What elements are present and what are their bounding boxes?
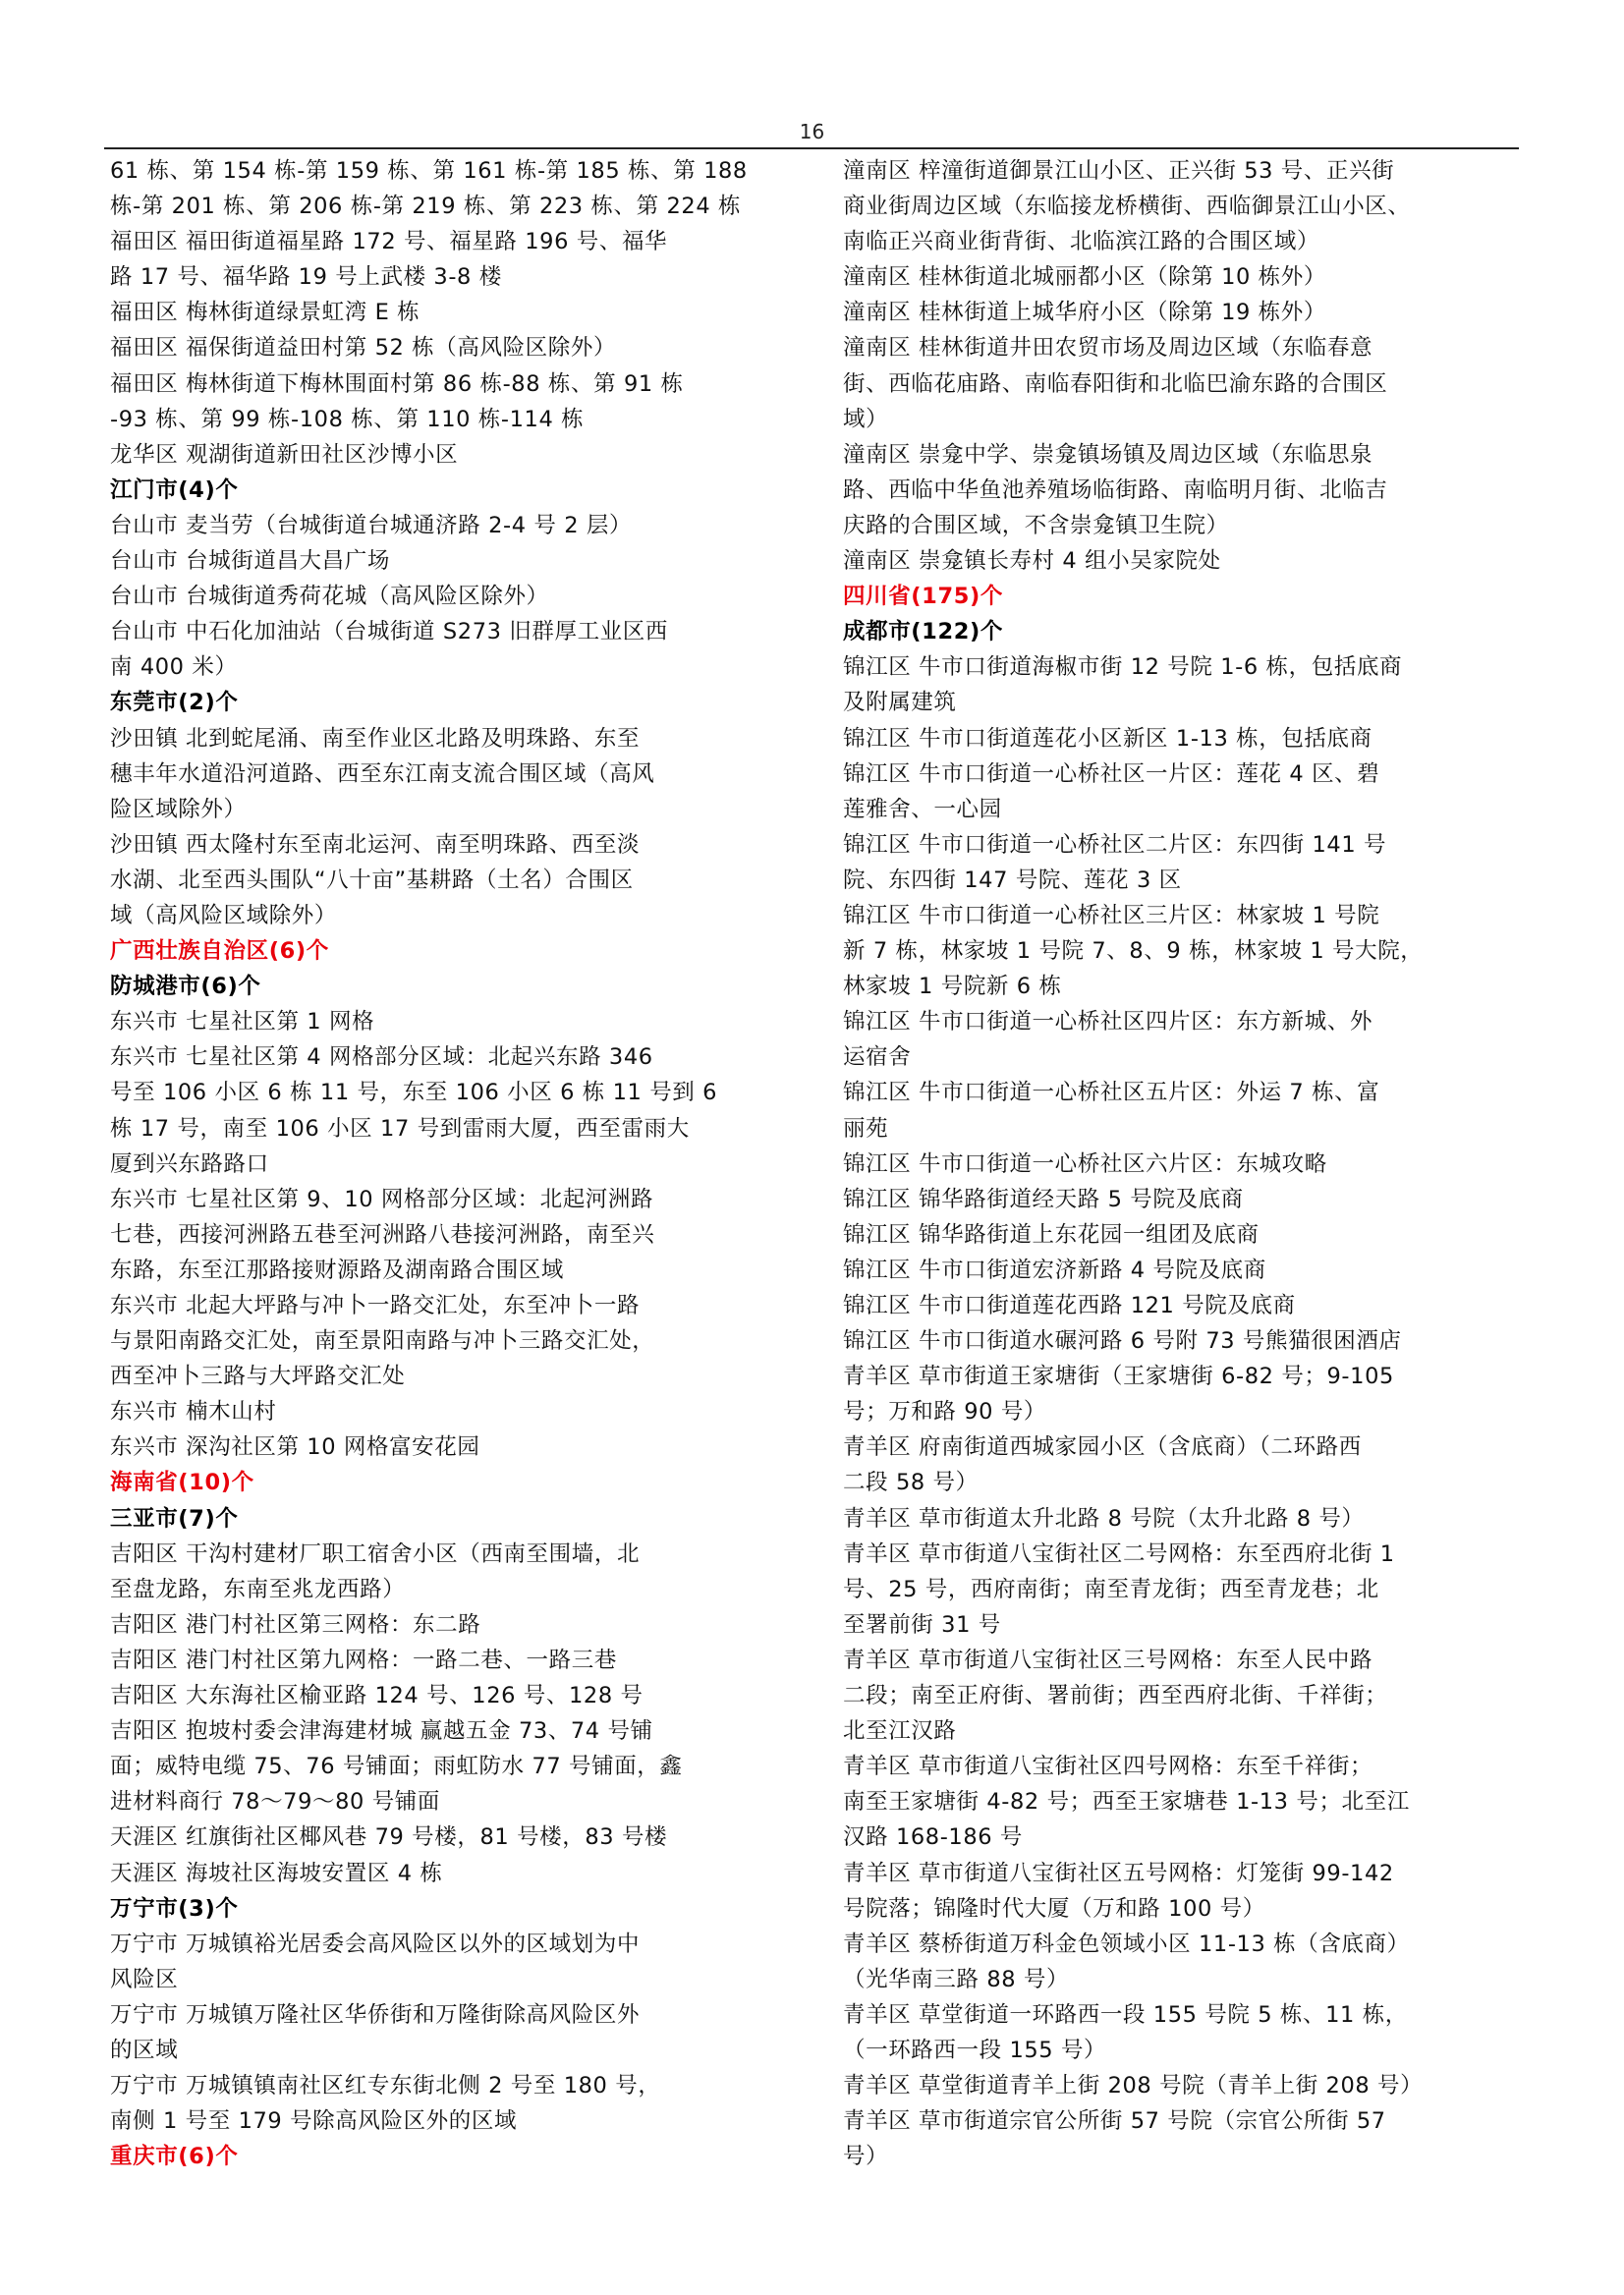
- city-heading: 防城港市(6)个: [110, 969, 798, 1004]
- text-line: 水湖、北至西头围队“八十亩”基耕路（土名）合围区: [110, 863, 798, 898]
- list-item: 青羊区 草堂街道青羊上街 208 号院（青羊上街 208 号）: [843, 2068, 1531, 2103]
- text-line: 台山市 台城街道秀荷花城（高风险区除外）: [110, 579, 798, 614]
- text-line: 青羊区 草市街道太升北路 8 号院（太升北路 8 号）: [843, 1501, 1531, 1537]
- text-line: 潼南区 崇龛镇长寿村 4 组小吴家院处: [843, 543, 1531, 579]
- text-line: 西至冲卜三路与大坪路交汇处: [110, 1359, 798, 1394]
- text-line: 进材料商行 78～79～80 号铺面: [110, 1784, 798, 1819]
- text-line: 及附属建筑: [843, 685, 1531, 720]
- text-line: 院、东四街 147 号院、莲花 3 区: [843, 863, 1531, 898]
- list-item: 锦江区 牛市口街道一心桥社区二片区：东四街 141 号院、东四街 147 号院、…: [843, 827, 1531, 898]
- text-line: 域）: [843, 402, 1531, 437]
- text-line: 青羊区 草市街道八宝街社区三号网格：东至人民中路: [843, 1643, 1531, 1678]
- list-item: 吉阳区 大东海社区榆亚路 124 号、126 号、128 号: [110, 1678, 798, 1713]
- text-line: 吉阳区 港门村社区第九网格：一路二巷、一路三巷: [110, 1643, 798, 1678]
- text-line: 吉阳区 港门村社区第三网格：东二路: [110, 1607, 798, 1643]
- text-line: 七巷，西接河洲路五巷至河洲路八巷接河洲路，南至兴: [110, 1217, 798, 1253]
- list-item: 东兴市 七星社区第 1 网格: [110, 1004, 798, 1039]
- left-column: 61 栋、第 154 栋-第 159 栋、第 161 栋-第 185 栋、第 1…: [110, 153, 798, 2174]
- text-line: 福田区 福田街道福星路 172 号、福星路 196 号、福华: [110, 224, 798, 259]
- province-heading: 四川省(175)个: [843, 579, 1531, 614]
- text-line: 莲雅舍、一心园: [843, 792, 1531, 827]
- text-line: 青羊区 草堂街道一环路西一段 155 号院 5 栋、11 栋，: [843, 1997, 1531, 2033]
- list-item: 台山市 麦当劳（台城街道台城通济路 2-4 号 2 层）: [110, 508, 798, 543]
- text-line: 青羊区 草堂街道青羊上街 208 号院（青羊上街 208 号）: [843, 2068, 1531, 2103]
- text-line: 万宁市 万城镇镇南社区红专东街北侧 2 号至 180 号，: [110, 2068, 798, 2103]
- text-line: 东兴市 楠木山村: [110, 1394, 798, 1429]
- list-item: 锦江区 牛市口街道一心桥社区三片区：林家坡 1 号院新 7 栋，林家坡 1 号院…: [843, 898, 1531, 1004]
- list-item: 锦江区 牛市口街道水碾河路 6 号附 73 号熊猫很困酒店: [843, 1323, 1531, 1359]
- text-line: 东路，东至江那路接财源路及湖南路合围区域: [110, 1253, 798, 1288]
- list-item: 潼南区 崇龛中学、崇龛镇场镇及周边区域（东临思泉路、西临中华鱼池养殖场临街路、南…: [843, 437, 1531, 543]
- text-line: 东莞市(2)个: [110, 685, 798, 720]
- text-line: 面；威特电缆 75、76 号铺面；雨虹防水 77 号铺面，鑫: [110, 1749, 798, 1784]
- text-line: 东兴市 七星社区第 1 网格: [110, 1004, 798, 1039]
- text-line: 与景阳南路交汇处，南至景阳南路与冲卜三路交汇处，: [110, 1323, 798, 1359]
- text-line: 东兴市 深沟社区第 10 网格富安花园: [110, 1429, 798, 1465]
- text-line: 沙田镇 北到蛇尾涌、南至作业区北路及明珠路、东至: [110, 721, 798, 756]
- text-line: 锦江区 牛市口街道一心桥社区六片区：东城攻略: [843, 1147, 1531, 1182]
- text-line: 潼南区 崇龛中学、崇龛镇场镇及周边区域（东临思泉: [843, 437, 1531, 473]
- text-line: 沙田镇 西太隆村东至南北运河、南至明珠路、西至淡: [110, 827, 798, 863]
- text-line: 锦江区 牛市口街道一心桥社区四片区：东方新城、外: [843, 1004, 1531, 1039]
- text-line: 险区域除外）: [110, 792, 798, 827]
- text-line: 锦江区 牛市口街道海椒市街 12 号院 1-6 栋，包括底商: [843, 649, 1531, 685]
- list-item: 东兴市 深沟社区第 10 网格富安花园: [110, 1429, 798, 1465]
- list-item: 潼南区 桂林街道上城华府小区（除第 19 栋外）: [843, 295, 1531, 330]
- province-heading: 海南省(10)个: [110, 1465, 798, 1500]
- text-line: 防城港市(6)个: [110, 969, 798, 1004]
- text-line: （一环路西一段 155 号）: [843, 2033, 1531, 2068]
- city-heading: 三亚市(7)个: [110, 1501, 798, 1537]
- text-line: 万宁市(3)个: [110, 1891, 798, 1927]
- list-item: 福田区 福田街道福星路 172 号、福星路 196 号、福华路 17 号、福华路…: [110, 224, 798, 295]
- list-item: 锦江区 牛市口街道一心桥社区五片区：外运 7 栋、富丽苑: [843, 1075, 1531, 1146]
- text-line: 栋-第 201 栋、第 206 栋-第 219 栋、第 223 栋、第 224 …: [110, 189, 798, 224]
- text-line: 台山市 麦当劳（台城街道台城通济路 2-4 号 2 层）: [110, 508, 798, 543]
- list-item: 锦江区 牛市口街道宏济新路 4 号院及底商: [843, 1253, 1531, 1288]
- list-item: 青羊区 草市街道太升北路 8 号院（太升北路 8 号）: [843, 1501, 1531, 1537]
- text-line: 海南省(10)个: [110, 1465, 798, 1500]
- text-line: 吉阳区 干沟村建材厂职工宿舍小区（西南至围墙，北: [110, 1537, 798, 1572]
- text-line: 重庆市(6)个: [110, 2139, 798, 2174]
- text-line: 天涯区 海坡社区海坡安置区 4 栋: [110, 1856, 798, 1891]
- header-rule: [104, 147, 1519, 149]
- text-line: 潼南区 桂林街道上城华府小区（除第 19 栋外）: [843, 295, 1531, 330]
- city-heading: 江门市(4)个: [110, 473, 798, 508]
- text-line: 福田区 梅林街道绿景虹湾 E 栋: [110, 295, 798, 330]
- text-line: 南 400 米）: [110, 649, 798, 685]
- text-line: 四川省(175)个: [843, 579, 1531, 614]
- list-item: 青羊区 草市街道八宝街社区二号网格：东至西府北街 1号、25 号，西府南街；南至…: [843, 1537, 1531, 1643]
- text-line: 的区域: [110, 2033, 798, 2068]
- right-column: 潼南区 梓潼街道御景江山小区、正兴街 53 号、正兴街商业街周边区域（东临接龙桥…: [843, 153, 1531, 2174]
- list-item: 锦江区 牛市口街道一心桥社区一片区：莲花 4 区、碧莲雅舍、一心园: [843, 756, 1531, 827]
- city-heading: 万宁市(3)个: [110, 1891, 798, 1927]
- list-item: 吉阳区 干沟村建材厂职工宿舍小区（西南至围墙，北至盘龙路，东南至兆龙西路）: [110, 1537, 798, 1607]
- text-line: 林家坡 1 号院新 6 栋: [843, 969, 1531, 1004]
- province-heading: 广西壮族自治区(6)个: [110, 933, 798, 969]
- text-line: 北至江汉路: [843, 1713, 1531, 1749]
- text-line: 61 栋、第 154 栋-第 159 栋、第 161 栋-第 185 栋、第 1…: [110, 153, 798, 189]
- list-item: 台山市 台城街道秀荷花城（高风险区除外）: [110, 579, 798, 614]
- list-item: 天涯区 海坡社区海坡安置区 4 栋: [110, 1856, 798, 1891]
- text-line: 潼南区 桂林街道井田农贸市场及周边区域（东临春意: [843, 330, 1531, 365]
- text-line: 成都市(122)个: [843, 614, 1531, 649]
- text-line: 风险区: [110, 1962, 798, 1997]
- list-item: 天涯区 红旗街社区椰风巷 79 号楼，81 号楼，83 号楼: [110, 1819, 798, 1855]
- text-line: 二段 58 号）: [843, 1465, 1531, 1500]
- list-item: 青羊区 草市街道王家塘街（王家塘街 6-82 号；9-105号；万和路 90 号…: [843, 1359, 1531, 1429]
- text-line: 龙华区 观湖街道新田社区沙博小区: [110, 437, 798, 473]
- list-item: 台山市 中石化加油站（台城街道 S273 旧群厚工业区西南 400 米）: [110, 614, 798, 685]
- text-line: （光华南三路 88 号）: [843, 1962, 1531, 1997]
- text-line: 吉阳区 大东海社区榆亚路 124 号、126 号、128 号: [110, 1678, 798, 1713]
- text-line: 东兴市 七星社区第 9、10 网格部分区域：北起河洲路: [110, 1182, 798, 1217]
- text-line: 路 17 号、福华路 19 号上武楼 3-8 楼: [110, 259, 798, 295]
- text-line: 锦江区 牛市口街道莲花西路 121 号院及底商: [843, 1288, 1531, 1323]
- text-line: 域（高风险区域除外）: [110, 898, 798, 933]
- text-line: 厦到兴东路路口: [110, 1147, 798, 1182]
- text-line: 青羊区 草市街道八宝街社区五号网格：灯笼街 99-142: [843, 1856, 1531, 1891]
- text-line: 庆路的合围区域，不含崇龛镇卫生院）: [843, 508, 1531, 543]
- text-line: 万宁市 万城镇万隆社区华侨街和万隆街除高风险区外: [110, 1997, 798, 2033]
- list-item: 潼南区 梓潼街道御景江山小区、正兴街 53 号、正兴街商业街周边区域（东临接龙桥…: [843, 153, 1531, 259]
- text-line: 汉路 168-186 号: [843, 1819, 1531, 1855]
- text-line: 台山市 中石化加油站（台城街道 S273 旧群厚工业区西: [110, 614, 798, 649]
- city-heading: 成都市(122)个: [843, 614, 1531, 649]
- text-line: 锦江区 牛市口街道一心桥社区一片区：莲花 4 区、碧: [843, 756, 1531, 792]
- text-line: 至署前街 31 号: [843, 1607, 1531, 1643]
- text-line: 广西壮族自治区(6)个: [110, 933, 798, 969]
- list-item: 锦江区 牛市口街道一心桥社区六片区：东城攻略: [843, 1147, 1531, 1182]
- text-line: 号）: [843, 2139, 1531, 2174]
- text-line: 吉阳区 抱坡村委会津海建材城 赢越五金 73、74 号铺: [110, 1713, 798, 1749]
- list-item: 东兴市 北起大坪路与冲卜一路交汇处，东至冲卜一路与景阳南路交汇处，南至景阳南路与…: [110, 1288, 798, 1394]
- text-line: 南侧 1 号至 179 号除高风险区外的区域: [110, 2103, 798, 2139]
- list-item: 青羊区 草堂街道一环路西一段 155 号院 5 栋、11 栋，（一环路西一段 1…: [843, 1997, 1531, 2068]
- text-line: 福田区 梅林街道下梅林围面村第 86 栋-88 栋、第 91 栋: [110, 366, 798, 402]
- page-number: 16: [0, 119, 1624, 144]
- list-item: 万宁市 万城镇万隆社区华侨街和万隆街除高风险区外的区域: [110, 1997, 798, 2068]
- text-line: 锦江区 锦华路街道上东花园一组团及底商: [843, 1217, 1531, 1253]
- text-line: 青羊区 草市街道宗官公所街 57 号院（宗官公所街 57: [843, 2103, 1531, 2139]
- list-item: 福田区 梅林街道下梅林围面村第 86 栋-88 栋、第 91 栋-93 栋、第 …: [110, 366, 798, 437]
- list-item: 青羊区 草市街道宗官公所街 57 号院（宗官公所街 57号）: [843, 2103, 1531, 2174]
- list-item: 青羊区 草市街道八宝街社区五号网格：灯笼街 99-142号院落；锦隆时代大厦（万…: [843, 1856, 1531, 1927]
- text-line: -93 栋、第 99 栋-108 栋、第 110 栋-114 栋: [110, 402, 798, 437]
- text-line: 东兴市 七星社区第 4 网格部分区域：北起兴东路 346: [110, 1039, 798, 1075]
- text-line: 至盘龙路，东南至兆龙西路）: [110, 1572, 798, 1607]
- list-item: 吉阳区 港门村社区第九网格：一路二巷、一路三巷: [110, 1643, 798, 1678]
- text-line: 锦江区 牛市口街道莲花小区新区 1-13 栋，包括底商: [843, 721, 1531, 756]
- text-line: 三亚市(7)个: [110, 1501, 798, 1537]
- list-item: 锦江区 牛市口街道一心桥社区四片区：东方新城、外运宿舍: [843, 1004, 1531, 1075]
- text-line: 南至王家塘街 4-82 号；西至王家塘巷 1-13 号；北至江: [843, 1784, 1531, 1819]
- list-item: 锦江区 牛市口街道莲花小区新区 1-13 栋，包括底商: [843, 721, 1531, 756]
- list-item: 潼南区 桂林街道井田农贸市场及周边区域（东临春意街、西临花庙路、南临春阳街和北临…: [843, 330, 1531, 436]
- list-item: 青羊区 府南街道西城家园小区（含底商）（二环路西二段 58 号）: [843, 1429, 1531, 1500]
- text-line: 锦江区 牛市口街道一心桥社区三片区：林家坡 1 号院: [843, 898, 1531, 933]
- list-item: 潼南区 桂林街道北城丽都小区（除第 10 栋外）: [843, 259, 1531, 295]
- text-line: 青羊区 府南街道西城家园小区（含底商）（二环路西: [843, 1429, 1531, 1465]
- text-line: 锦江区 牛市口街道一心桥社区二片区：东四街 141 号: [843, 827, 1531, 863]
- text-line: 福田区 福保街道益田村第 52 栋（高风险区除外）: [110, 330, 798, 365]
- text-line: 青羊区 草市街道八宝街社区二号网格：东至西府北街 1: [843, 1537, 1531, 1572]
- text-line: 二段；南至正府街、署前街；西至西府北街、千祥街；: [843, 1678, 1531, 1713]
- text-line: 锦江区 牛市口街道水碾河路 6 号附 73 号熊猫很困酒店: [843, 1323, 1531, 1359]
- text-line: 青羊区 草市街道王家塘街（王家塘街 6-82 号；9-105: [843, 1359, 1531, 1394]
- text-line: 新 7 栋，林家坡 1 号院 7、8、9 栋，林家坡 1 号大院，: [843, 933, 1531, 969]
- list-item: 青羊区 草市街道八宝街社区四号网格：东至千祥街；南至王家塘街 4-82 号；西至…: [843, 1749, 1531, 1855]
- text-line: 万宁市 万城镇裕光居委会高风险区以外的区域划为中: [110, 1927, 798, 1962]
- list-item: 锦江区 牛市口街道莲花西路 121 号院及底商: [843, 1288, 1531, 1323]
- list-item: 福田区 福保街道益田村第 52 栋（高风险区除外）: [110, 330, 798, 365]
- text-line: 运宿舍: [843, 1039, 1531, 1075]
- text-line: 街、西临花庙路、南临春阳街和北临巴渝东路的合围区: [843, 366, 1531, 402]
- text-line: 潼南区 桂林街道北城丽都小区（除第 10 栋外）: [843, 259, 1531, 295]
- list-item: 台山市 台城街道昌大昌广场: [110, 543, 798, 579]
- list-item: 万宁市 万城镇裕光居委会高风险区以外的区域划为中风险区: [110, 1927, 798, 1997]
- list-item: 沙田镇 西太隆村东至南北运河、南至明珠路、西至淡水湖、北至西头围队“八十亩”基耕…: [110, 827, 798, 933]
- text-line: 锦江区 牛市口街道宏济新路 4 号院及底商: [843, 1253, 1531, 1288]
- text-line: 潼南区 梓潼街道御景江山小区、正兴街 53 号、正兴街: [843, 153, 1531, 189]
- text-line: 东兴市 北起大坪路与冲卜一路交汇处，东至冲卜一路: [110, 1288, 798, 1323]
- list-item: 青羊区 草市街道八宝街社区三号网格：东至人民中路二段；南至正府街、署前街；西至西…: [843, 1643, 1531, 1749]
- text-line: 栋 17 号，南至 106 小区 17 号到雷雨大厦，西至雷雨大: [110, 1111, 798, 1147]
- text-line: 锦江区 牛市口街道一心桥社区五片区：外运 7 栋、富: [843, 1075, 1531, 1110]
- text-line: 号院落；锦隆时代大厦（万和路 100 号）: [843, 1891, 1531, 1927]
- text-line: 号；万和路 90 号）: [843, 1394, 1531, 1429]
- text-line: 台山市 台城街道昌大昌广场: [110, 543, 798, 579]
- list-item: 锦江区 锦华路街道经天路 5 号院及底商: [843, 1182, 1531, 1217]
- list-item: 锦江区 牛市口街道海椒市街 12 号院 1-6 栋，包括底商及附属建筑: [843, 649, 1531, 720]
- text-line: 青羊区 草市街道八宝街社区四号网格：东至千祥街；: [843, 1749, 1531, 1784]
- list-item: 61 栋、第 154 栋-第 159 栋、第 161 栋-第 185 栋、第 1…: [110, 153, 798, 224]
- text-line: 丽苑: [843, 1111, 1531, 1147]
- text-line: 南临正兴商业街背街、北临滨江路的合围区域）: [843, 224, 1531, 259]
- text-line: 号、25 号，西府南街；南至青龙街；西至青龙巷；北: [843, 1572, 1531, 1607]
- list-item: 东兴市 七星社区第 9、10 网格部分区域：北起河洲路七巷，西接河洲路五巷至河洲…: [110, 1182, 798, 1288]
- text-line: 商业街周边区域（东临接龙桥横街、西临御景江山小区、: [843, 189, 1531, 224]
- list-item: 吉阳区 抱坡村委会津海建材城 赢越五金 73、74 号铺面；威特电缆 75、76…: [110, 1713, 798, 1819]
- text-line: 江门市(4)个: [110, 473, 798, 508]
- text-line: 号至 106 小区 6 栋 11 号，东至 106 小区 6 栋 11 号到 6: [110, 1075, 798, 1110]
- list-item: 青羊区 蔡桥街道万科金色领域小区 11-13 栋（含底商）（光华南三路 88 号…: [843, 1927, 1531, 1997]
- province-heading: 重庆市(6)个: [110, 2139, 798, 2174]
- list-item: 龙华区 观湖街道新田社区沙博小区: [110, 437, 798, 473]
- list-item: 潼南区 崇龛镇长寿村 4 组小吴家院处: [843, 543, 1531, 579]
- text-line: 天涯区 红旗街社区椰风巷 79 号楼，81 号楼，83 号楼: [110, 1819, 798, 1855]
- list-item: 锦江区 锦华路街道上东花园一组团及底商: [843, 1217, 1531, 1253]
- text-line: 路、西临中华鱼池养殖场临街路、南临明月街、北临吉: [843, 473, 1531, 508]
- list-item: 东兴市 七星社区第 4 网格部分区域：北起兴东路 346号至 106 小区 6 …: [110, 1039, 798, 1181]
- text-line: 穗丰年水道沿河道路、西至东江南支流合围区域（高风: [110, 756, 798, 792]
- text-line: 青羊区 蔡桥街道万科金色领域小区 11-13 栋（含底商）: [843, 1927, 1531, 1962]
- list-item: 东兴市 楠木山村: [110, 1394, 798, 1429]
- list-item: 吉阳区 港门村社区第三网格：东二路: [110, 1607, 798, 1643]
- city-heading: 东莞市(2)个: [110, 685, 798, 720]
- list-item: 沙田镇 北到蛇尾涌、南至作业区北路及明珠路、东至穗丰年水道沿河道路、西至东江南支…: [110, 721, 798, 827]
- text-line: 锦江区 锦华路街道经天路 5 号院及底商: [843, 1182, 1531, 1217]
- list-item: 万宁市 万城镇镇南社区红专东街北侧 2 号至 180 号，南侧 1 号至 179…: [110, 2068, 798, 2139]
- list-item: 福田区 梅林街道绿景虹湾 E 栋: [110, 295, 798, 330]
